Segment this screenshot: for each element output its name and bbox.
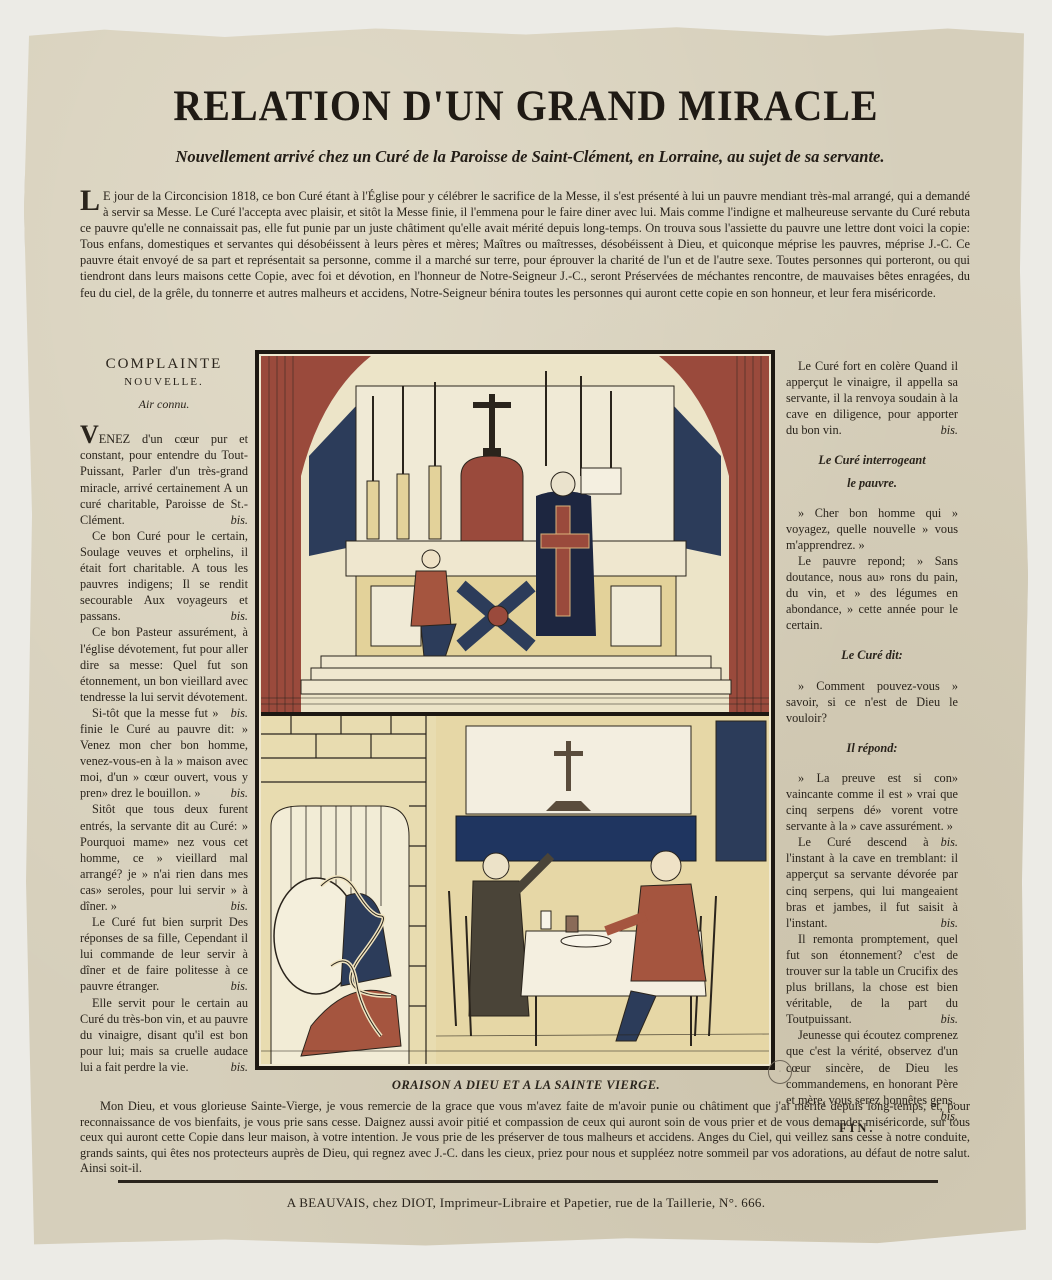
bis-mark: bis. [219, 978, 248, 994]
printer-imprint: A BEAUVAIS, chez DIOT, Imprimeur-Librair… [0, 1195, 1052, 1211]
stanza: Le Curé fort en colère Quand il apperçut… [786, 358, 958, 438]
bis-mark: bis. [219, 785, 248, 801]
stanza: Il remonta promptement, quel fut son éto… [786, 931, 958, 1028]
stanza: VENEZ d'un cœur pur et constant, pour en… [80, 426, 248, 528]
complainte-subheading: NOUVELLE. [80, 374, 248, 390]
stanza: Elle servit pour le certain au Curé du t… [80, 995, 248, 1075]
stanza: Le Curé fut bien surprit Des réponses de… [80, 914, 248, 994]
intro-paragraph: LE jour de la Circoncision 1818, ce bon … [80, 188, 970, 301]
oraison-title: ORAISON A DIEU ET A LA SAINTE VIERGE. [0, 1078, 1052, 1093]
cellar-dinner-scene-panel [261, 716, 769, 1066]
oraison-text: Mon Dieu, et vous glorieuse Sainte-Vierg… [80, 1099, 970, 1177]
rubric: Le Curé interrogeant [786, 452, 958, 468]
bis-mark: bis. [219, 898, 248, 914]
complainte-left-column: COMPLAINTE NOUVELLE. Air connu. VENEZ d'… [80, 356, 248, 1075]
bis-mark: bis. [929, 422, 958, 438]
document-subtitle: Nouvellement arrivé chez un Curé de la P… [140, 146, 920, 167]
stanza: Jeunesse qui écoutez comprenez que c'est… [786, 1027, 958, 1107]
bis-mark: bis. [929, 915, 958, 931]
rubric: Il répond: [786, 740, 958, 756]
altar-scene-illustration [261, 356, 769, 712]
dinner-scene-illustration [261, 716, 769, 1066]
bis-mark: bis. [219, 705, 248, 721]
document-title: RELATION D'UN GRAND MIRACLE [0, 80, 1052, 131]
stanza: » Cher bon homme qui » voyagez, quelle n… [786, 505, 958, 553]
bis-mark: bis. [219, 608, 248, 624]
bis-mark: bis. [929, 834, 958, 850]
stanza: » Comment pouvez-vous » savoir, si ce n'… [786, 678, 958, 726]
stanza: Le pauvre repond; » Sans doutance, nous … [786, 553, 958, 633]
intro-dropcap: L [80, 188, 100, 214]
complainte-air: Air connu. [80, 396, 248, 412]
woodcut-illustration [255, 350, 775, 1070]
bis-mark: bis. [231, 512, 248, 528]
stanza: Sitôt que tous deux furent entrés, la se… [80, 801, 248, 914]
bis-mark: bis. [219, 1059, 248, 1075]
stanza: Ce bon Pasteur assurément, à l'église dé… [80, 624, 248, 704]
mass-scene-panel [261, 356, 769, 716]
rubric: le pauvre. [786, 475, 958, 491]
stanza-dropcap: V [80, 420, 99, 449]
complainte-heading: COMPLAINTE [80, 356, 248, 372]
complainte-right-column: Le Curé fort en colère Quand il apperçut… [786, 358, 958, 1136]
stanza: » La preuve est si con» vaincante comme … [786, 770, 958, 834]
horizontal-rule [118, 1180, 938, 1183]
stanza: Ce bon Curé pour le certain, Soulage veu… [80, 528, 248, 625]
intro-text: E jour de la Circoncision 1818, ce bon C… [80, 189, 970, 300]
bis-mark: bis. [929, 1011, 958, 1027]
rubric: Le Curé dit: [786, 647, 958, 663]
